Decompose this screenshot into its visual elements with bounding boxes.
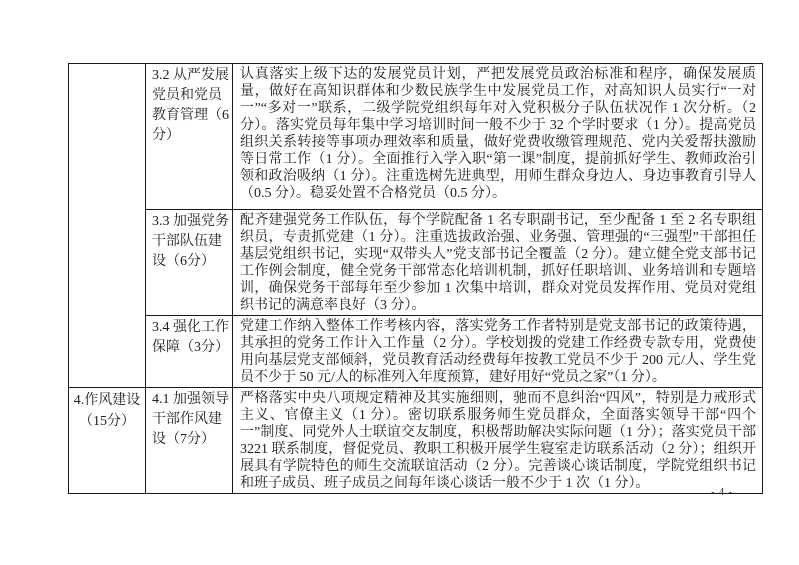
table-row: 3.4 强化工作保障（3分） 党建工作纳入整体工作考核内容，落实党务工作者特别是… bbox=[69, 316, 763, 388]
item-cell-3-2: 3.2 从严发展党员和党员教育管理（6分） bbox=[146, 64, 233, 210]
page-number: - 4 - bbox=[700, 487, 744, 498]
item-cell-4-1: 4.1 加强领导干部作风建设（7分） bbox=[146, 388, 233, 494]
evaluation-table: 3.2 从严发展党员和党员教育管理（6分） 认真落实上级下达的发展党员计划，严把… bbox=[68, 63, 763, 494]
table-row: 3.3 加强党务干部队伍建设（6分） 配齐建强党务工作队伍，每个学院配备 1 名… bbox=[69, 210, 763, 316]
table-row: 4.作风建设（15分） 4.1 加强领导干部作风建设（7分） 严格落实中央八项规… bbox=[69, 388, 763, 494]
item-cell-3-4: 3.4 强化工作保障（3分） bbox=[146, 316, 233, 388]
document-page: 3.2 从严发展党员和党员教育管理（6分） 认真落实上级下达的发展党员计划，严把… bbox=[0, 0, 799, 565]
item-cell-3-3: 3.3 加强党务干部队伍建设（6分） bbox=[146, 210, 233, 316]
criteria-cell-4-1: 严格落实中央八项规定精神及其实施细则，驰而不息纠治“四风”，特别是力戒形式主义、… bbox=[233, 388, 763, 494]
criteria-cell-3-2: 认真落实上级下达的发展党员计划，严把发展党员政治标准和程序，确保发展质量，做好在… bbox=[233, 64, 763, 210]
criteria-cell-3-3: 配齐建强党务工作队伍，每个学院配备 1 名专职副书记，至少配备 1 至 2 名专… bbox=[233, 210, 763, 316]
category-cell-section4: 4.作风建设（15分） bbox=[69, 388, 146, 494]
category-cell-section3 bbox=[69, 64, 146, 388]
criteria-cell-3-4: 党建工作纳入整体工作考核内容，落实党务工作者特别是党支部书记的政策待遇，其承担的… bbox=[233, 316, 763, 388]
table-row: 3.2 从严发展党员和党员教育管理（6分） 认真落实上级下达的发展党员计划，严把… bbox=[69, 64, 763, 210]
